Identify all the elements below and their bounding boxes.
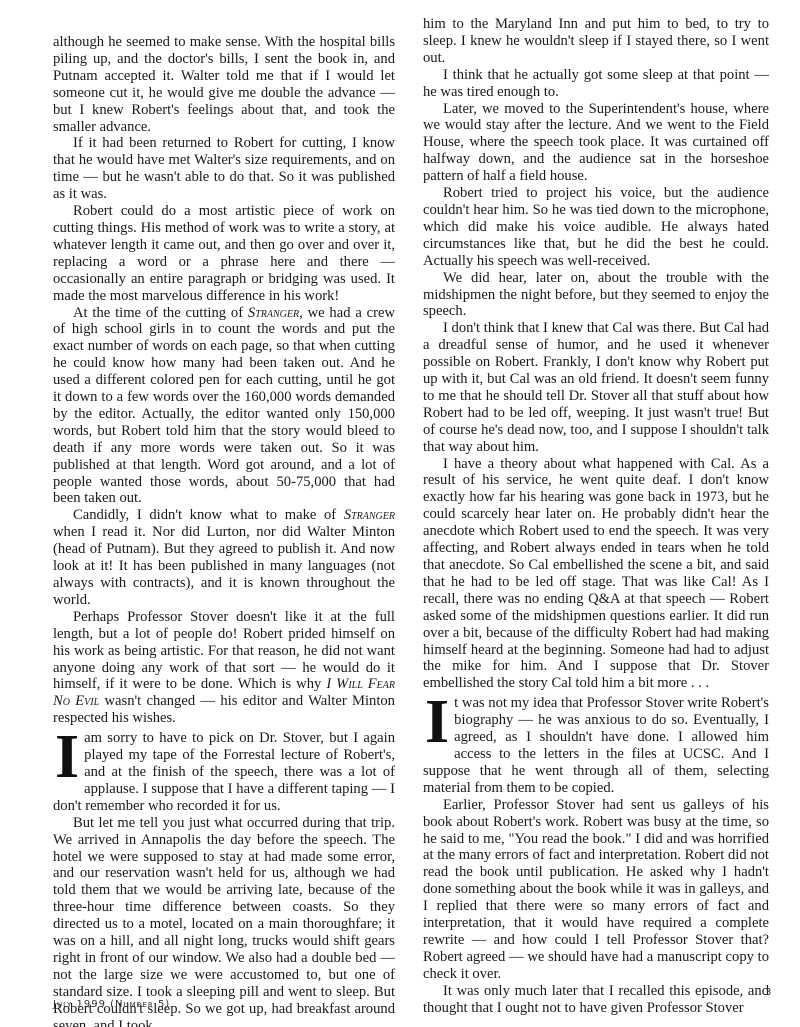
paragraph-text: when I read it. Nor did Lurton, nor did … [53, 524, 395, 608]
paragraph-text: Candidly, I didn't know what to make of [73, 507, 344, 523]
paragraph: Robert tried to project his voice, but t… [423, 185, 769, 270]
drop-cap-letter: I [55, 732, 79, 782]
paragraph-text: t was not my idea that Professor Stover … [423, 695, 769, 796]
paragraph: Candidly, I didn't know what to make of … [53, 507, 395, 608]
paragraph: him to the Maryland Inn and put him to b… [423, 16, 769, 67]
paragraph: Robert could do a most artistic piece of… [53, 203, 395, 304]
paragraph: Later, we moved to the Superintendent's … [423, 101, 769, 186]
dropcap-paragraph: Iam sorry to have to pick on Dr. Stover,… [53, 730, 395, 815]
paragraph: Perhaps Professor Stover doesn't like it… [53, 609, 395, 727]
paragraph: At the time of the cutting of Stranger, … [53, 305, 395, 508]
issue-footer: July 1999 (Number 5) [53, 999, 170, 1010]
paragraph-text: , we had a crew of high school girls in … [53, 305, 395, 507]
paragraph: But let me tell you just what occurred d… [53, 815, 395, 1027]
right-column: him to the Maryland Inn and put him to b… [423, 16, 769, 1016]
paragraph-text: wasn't changed — his editor and Walter M… [53, 693, 395, 726]
paragraph: Earlier, Professor Stover had sent us ga… [423, 797, 769, 983]
drop-cap-letter: I [425, 697, 449, 747]
paragraph-text: At the time of the cutting of [73, 305, 248, 321]
dropcap-paragraph: It was not my idea that Professor Stover… [423, 695, 769, 796]
paragraph: We did hear, later on, about the trouble… [423, 270, 769, 321]
paragraph: I think that he actually got some sleep … [423, 67, 769, 101]
newsletter-page: although he seemed to make sense. With t… [0, 0, 800, 1027]
paragraph-text: am sorry to have to pick on Dr. Stover, … [53, 730, 395, 814]
paragraph: If it had been returned to Robert for cu… [53, 135, 395, 203]
book-title: Stranger [248, 305, 299, 321]
paragraph: I don't think that I knew that Cal was t… [423, 320, 769, 455]
book-title: Stranger [344, 507, 395, 523]
paragraph: although he seemed to make sense. With t… [53, 34, 395, 135]
page-number: 3 [765, 987, 771, 998]
left-column: although he seemed to make sense. With t… [53, 34, 395, 1027]
paragraph: It was only much later that I recalled t… [423, 983, 769, 1017]
paragraph: I have a theory about what happened with… [423, 456, 769, 693]
